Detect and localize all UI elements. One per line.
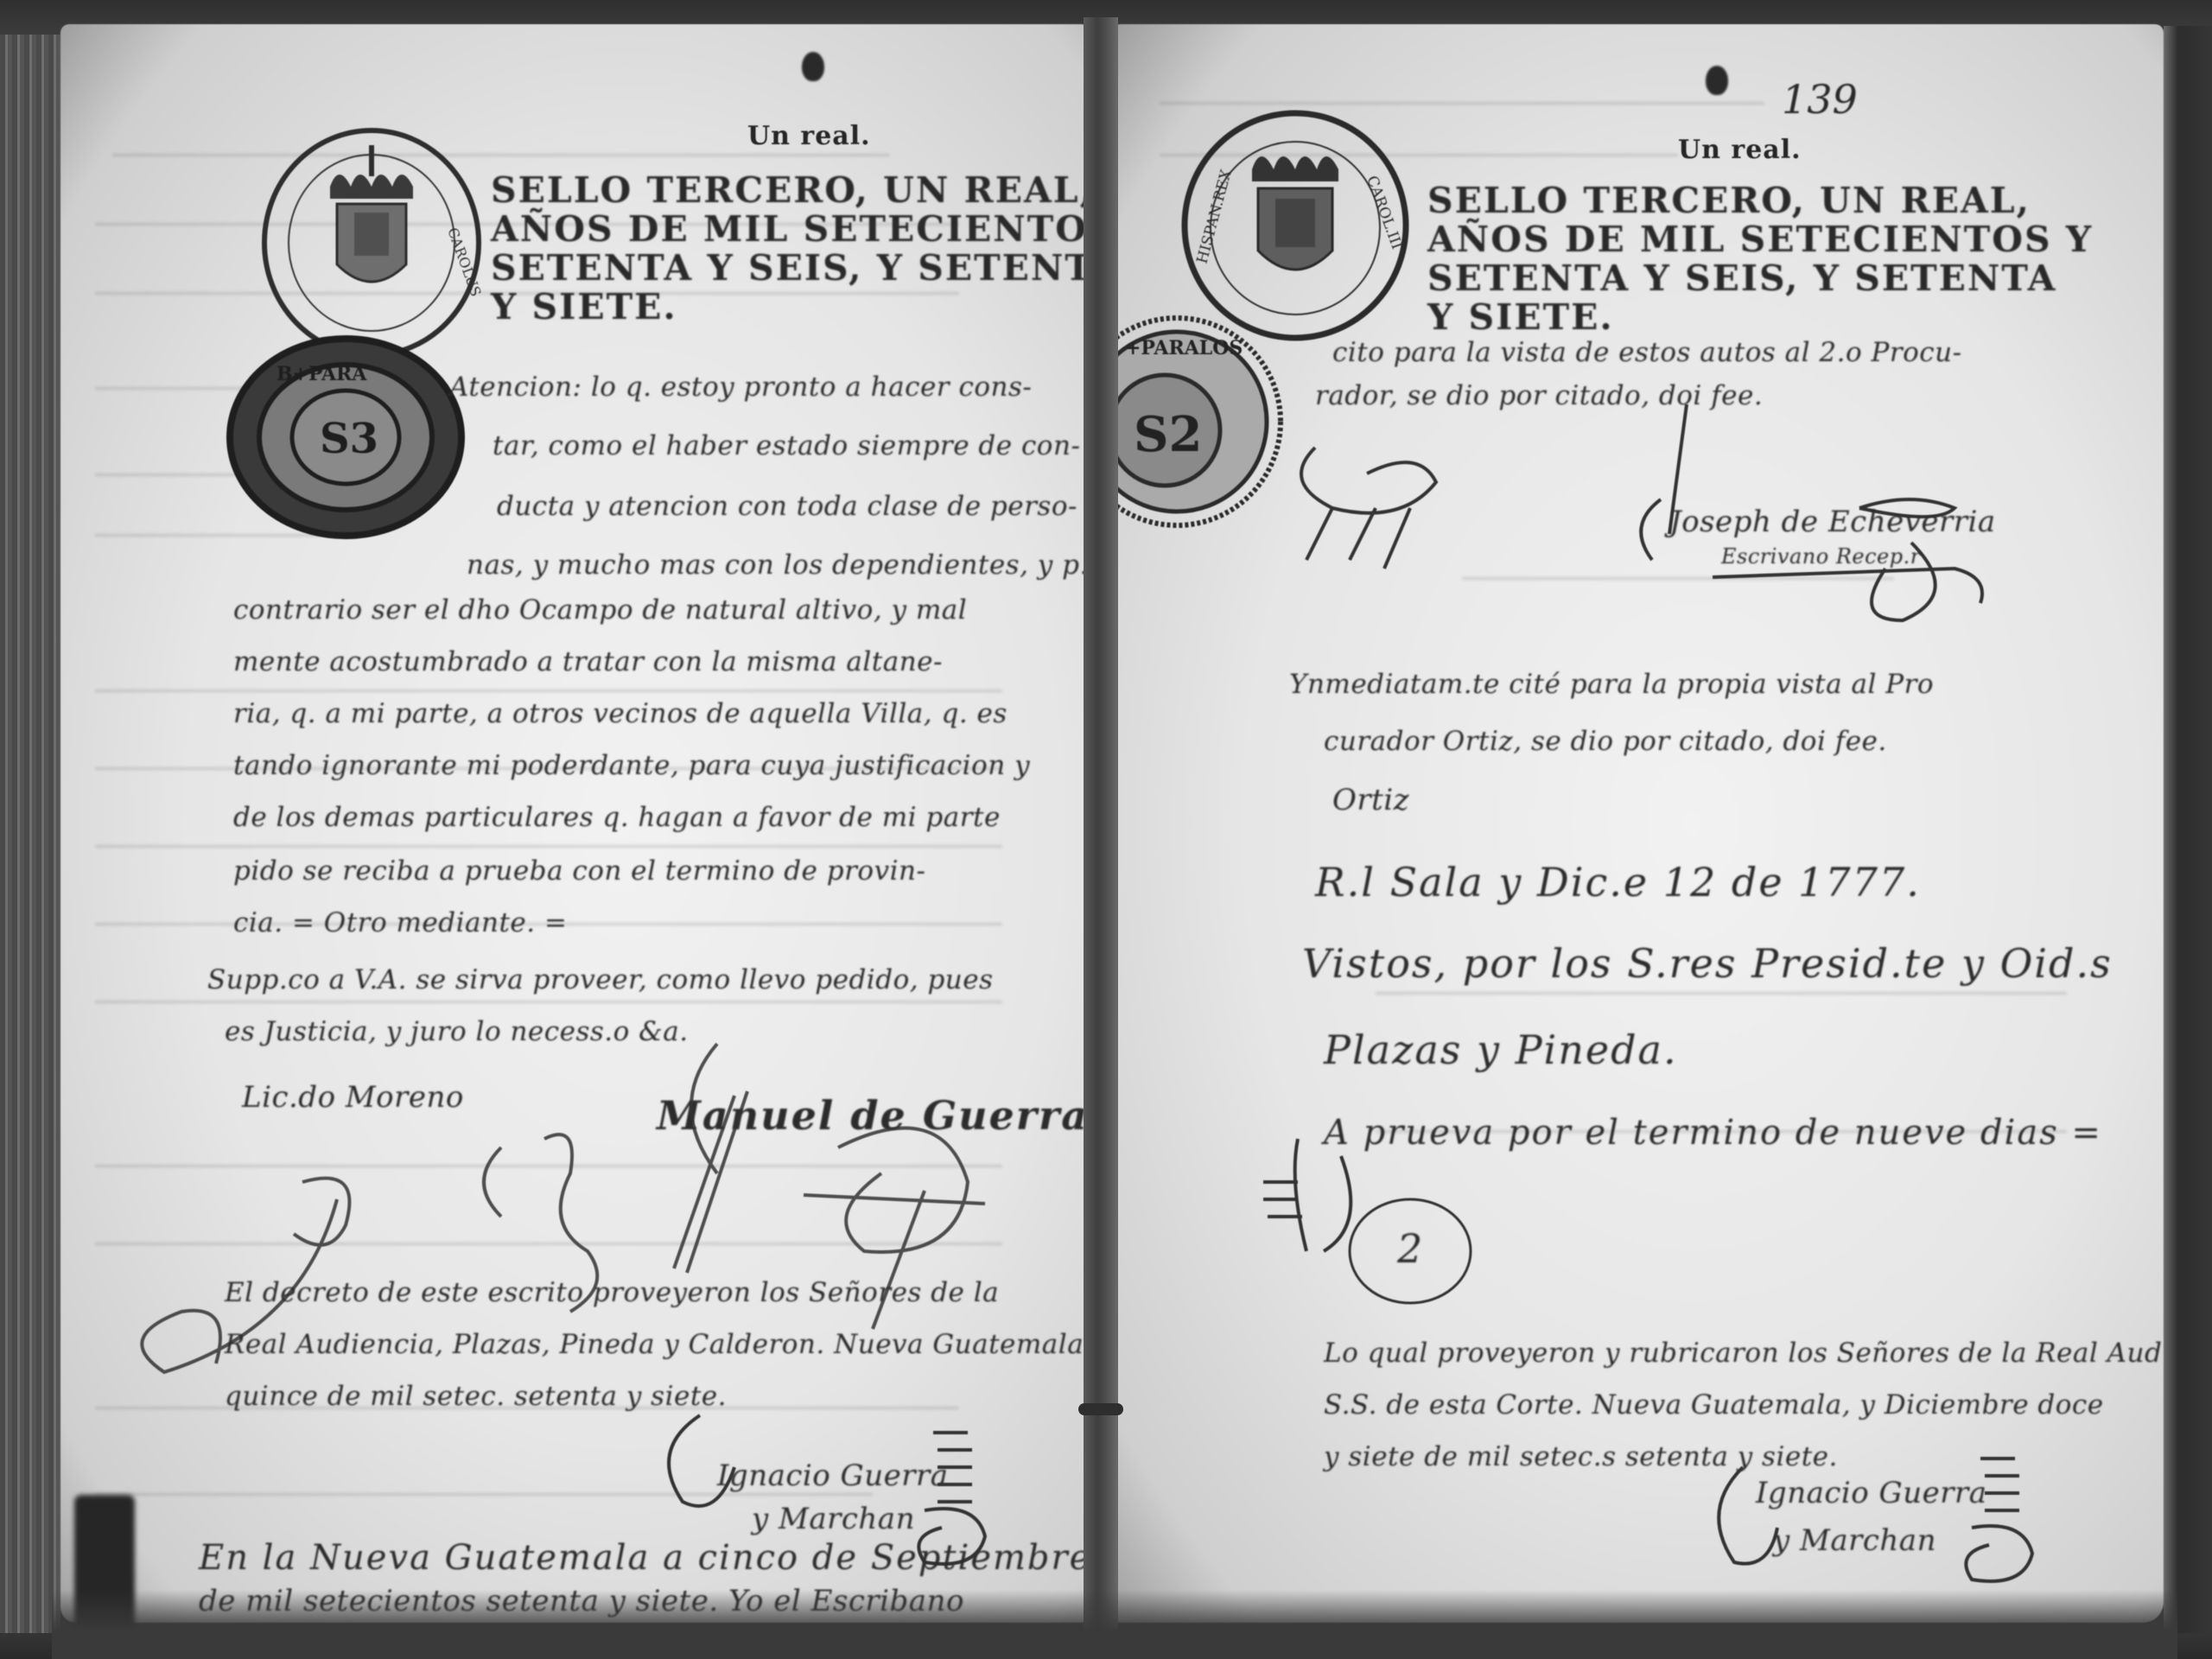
book-edge-left <box>0 35 60 1633</box>
left-page: Un real. Sello tercero, un real, años de… <box>60 24 1085 1623</box>
binding-thread <box>1078 1403 1123 1415</box>
notary-rubric-icon <box>1116 24 2164 1623</box>
closing-line: En la Nueva Guatemala a cinco de Septiem… <box>199 1538 1085 1578</box>
notary-rubric-icon <box>60 24 1085 1623</box>
book-gutter <box>1084 17 1118 1642</box>
book-edge-right <box>2164 26 2212 1633</box>
bottom-shadow <box>52 1590 2177 1659</box>
right-page: 139 Un real. Sello tercero, un real, año… <box>1116 24 2164 1623</box>
